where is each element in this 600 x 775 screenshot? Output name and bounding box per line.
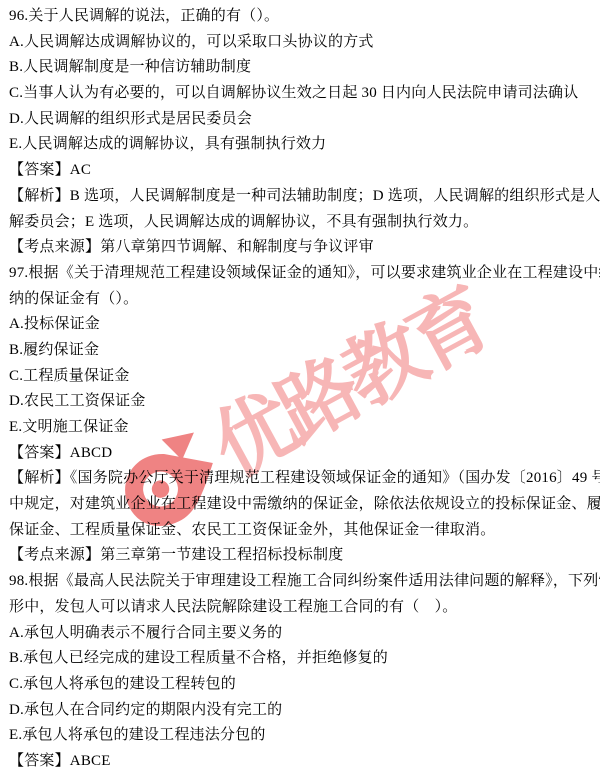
question-98-option-e: E.承包人将承包的建设工程违法分包的 xyxy=(9,723,594,749)
question-98-option-b: B.承包人已经完成的建设工程质量不合格，并拒绝修复的 xyxy=(9,646,594,672)
question-96-option-a: A.人民调解达成调解协议的，可以采取口头协议的方式 xyxy=(9,30,594,56)
question-96-option-e: E.人民调解达成的调解协议，具有强制执行效力 xyxy=(9,132,594,158)
question-96-analysis-line-2: 解委员会；E 选项，人民调解达成的调解协议，不具有强制执行效力。 xyxy=(9,210,594,236)
question-96-option-c: C.当事人认为有必要的，可以自调解协议生效之日起 30 日内向人民法院申请司法确… xyxy=(9,81,594,107)
question-96-source: 【考点来源】第八章第四节调解、和解制度与争议评审 xyxy=(9,235,594,261)
question-98-answer: 【答案】ABCE xyxy=(9,749,594,775)
question-97-source: 【考点来源】第三章第一节建设工程招标投标制度 xyxy=(9,543,594,569)
question-96-answer: 【答案】AC xyxy=(9,158,594,184)
question-96-analysis-line-1: 【解析】B 选项，人民调解制度是一种司法辅助制度；D 选项，人民调解的组织形式是… xyxy=(9,184,594,210)
question-96-stem: 96.关于人民调解的说法，正确的有（）。 xyxy=(9,4,594,30)
question-97-option-c: C.工程质量保证金 xyxy=(9,364,594,390)
question-97-stem-line-1: 97.根据《关于清理规范工程建设领域保证金的通知》，可以要求建筑业企业在工程建设… xyxy=(9,261,594,287)
question-98-option-d: D.承包人在合同约定的期限内没有完工的 xyxy=(9,698,594,724)
question-97-analysis-line-2: 中规定，对建筑业企业在工程建设中需缴纳的保证金，除依法依规设立的投标保证金、履约 xyxy=(9,492,594,518)
exam-document: 96.关于人民调解的说法，正确的有（）。 A.人民调解达成调解协议的，可以采取口… xyxy=(0,0,600,775)
question-97-analysis-line-1: 【解析】《国务院办公厅关于清理规范工程建设领域保证金的通知》（国办发〔2016〕… xyxy=(9,466,594,492)
question-97-answer: 【答案】ABCD xyxy=(9,441,594,467)
question-96-option-b: B.人民调解制度是一种信访辅助制度 xyxy=(9,55,594,81)
question-98-option-c: C.承包人将承包的建设工程转包的 xyxy=(9,672,594,698)
question-97-option-b: B.履约保证金 xyxy=(9,338,594,364)
question-97-stem-line-2: 纳的保证金有（）。 xyxy=(9,287,594,313)
question-98-option-a: A.承包人明确表示不履行合同主要义务的 xyxy=(9,621,594,647)
question-96-option-d: D.人民调解的组织形式是居民委员会 xyxy=(9,107,594,133)
question-97-option-a: A.投标保证金 xyxy=(9,312,594,338)
question-98-stem-line-2: 形中，发包人可以请求人民法院解除建设工程施工合同的有（ ）。 xyxy=(9,595,594,621)
question-97-option-d: D.农民工工资保证金 xyxy=(9,389,594,415)
question-97-analysis-line-3: 保证金、工程质量保证金、农民工工资保证金外，其他保证金一律取消。 xyxy=(9,518,594,544)
question-98-stem-line-1: 98.根据《最高人民法院关于审理建设工程施工合同纠纷案件适用法律问题的解释》，下… xyxy=(9,569,594,595)
question-97-option-e: E.文明施工保证金 xyxy=(9,415,594,441)
